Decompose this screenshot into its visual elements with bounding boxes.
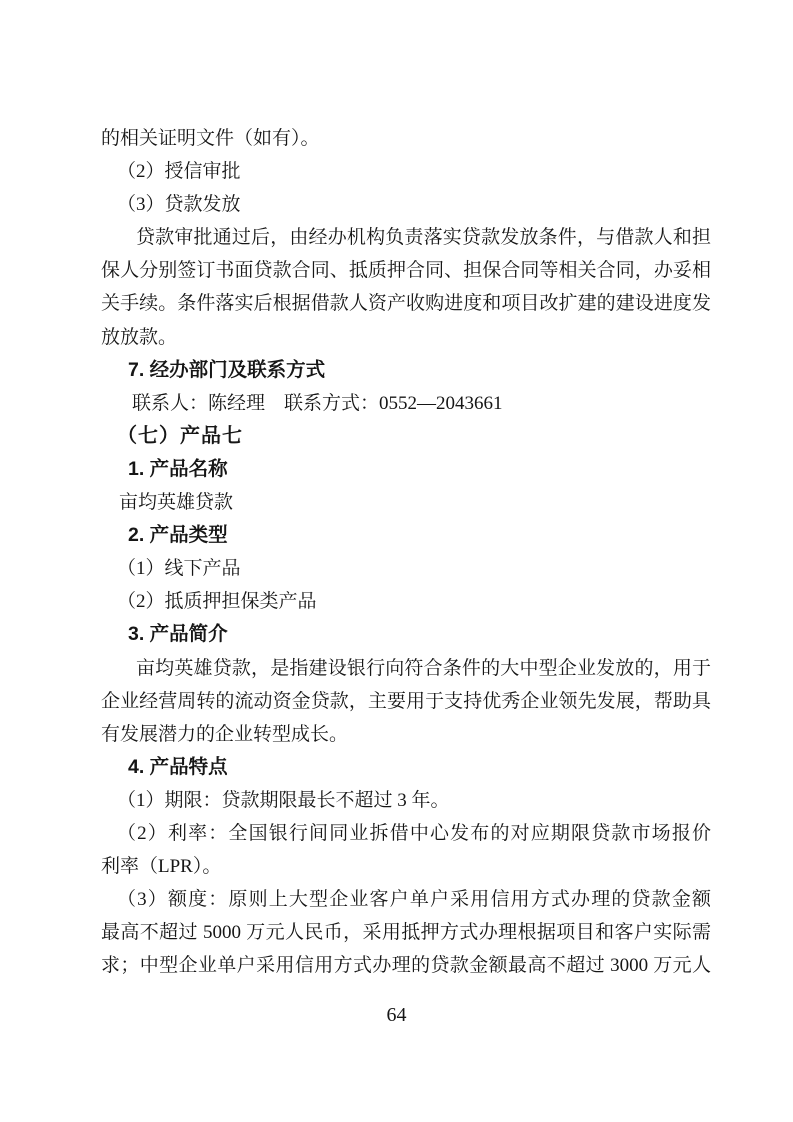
heading-line: 1. 产品名称 — [101, 453, 711, 486]
heading-line: 3. 产品简介 — [101, 618, 711, 651]
text-line: 关手续。条件落实后根据借款人资产收购进度和项目改扩建的建设进度发 — [101, 287, 711, 320]
text-line: （1）线下产品 — [101, 552, 711, 585]
document-text-block: 的相关证明文件（如有）。（2）授信审批（3）贷款发放贷款审批通过后，由经办机构负… — [101, 122, 711, 982]
heading-line: 4. 产品特点 — [101, 751, 711, 784]
page-number: 64 — [0, 1002, 793, 1028]
heading-line: 7. 经办部门及联系方式 — [101, 354, 711, 387]
text-line: 最高不超过 5000 万元人民币，采用抵押方式办理根据项目和客户实际需 — [101, 916, 711, 949]
text-line: 亩均英雄贷款，是指建设银行向符合条件的大中型企业发放的，用于 — [101, 652, 711, 685]
text-line: 贷款审批通过后，由经办机构负责落实贷款发放条件，与借款人和担 — [101, 221, 711, 254]
text-line: 保人分别签订书面贷款合同、抵质押合同、担保合同等相关合同，办妥相 — [101, 254, 711, 287]
document-page: 的相关证明文件（如有）。（2）授信审批（3）贷款发放贷款审批通过后，由经办机构负… — [0, 0, 793, 1122]
text-line: 有发展潜力的企业转型成长。 — [101, 718, 711, 751]
text-line: 求；中型企业单户采用信用方式办理的贷款金额最高不超过 3000 万元人 — [101, 949, 711, 982]
text-line: （2）授信审批 — [101, 155, 711, 188]
text-line: 放放款。 — [101, 321, 711, 354]
heading-line: （七）产品七 — [101, 420, 711, 453]
text-line: （1）期限：贷款期限最长不超过 3 年。 — [101, 784, 711, 817]
heading-line: 2. 产品类型 — [101, 519, 711, 552]
text-line: 的相关证明文件（如有）。 — [101, 122, 711, 155]
text-line: 联系人：陈经理 联系方式：0552—2043661 — [101, 387, 711, 420]
text-line: 利率（LPR）。 — [101, 850, 711, 883]
text-line: （2）利率：全国银行间同业拆借中心发布的对应期限贷款市场报价 — [101, 817, 711, 850]
text-line: （3）贷款发放 — [101, 188, 711, 221]
text-line: （2）抵质押担保类产品 — [101, 585, 711, 618]
text-line: 企业经营周转的流动资金贷款，主要用于支持优秀企业领先发展，帮助具 — [101, 685, 711, 718]
text-line: 亩均英雄贷款 — [101, 486, 711, 519]
text-line: （3）额度：原则上大型企业客户单户采用信用方式办理的贷款金额 — [101, 883, 711, 916]
